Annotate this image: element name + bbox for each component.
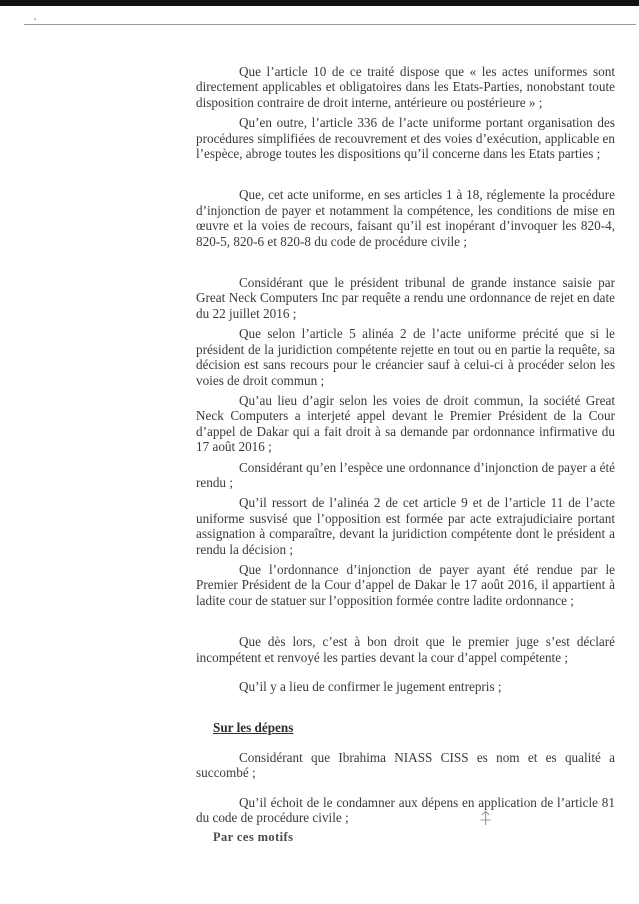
handwritten-mark: ~	[218, 815, 222, 824]
paragraph-opposition: Qu’il ressort de l’alinéa 2 de cet artic…	[196, 495, 615, 557]
section-heading-depens: Sur les dépens	[196, 720, 615, 735]
paragraph-succombe: Considérant que Ibrahima NIASS CISS es n…	[196, 750, 615, 781]
scan-speck: ▪	[34, 17, 36, 23]
paragraph-appel: Qu’au lieu d’agir selon les voies de dro…	[196, 393, 615, 455]
paragraph-article-336: Qu’en outre, l’article 336 de l’acte uni…	[196, 115, 615, 161]
header-rule	[24, 24, 636, 25]
paragraph-article-5: Que selon l’article 5 alinéa 2 de l’acte…	[196, 326, 615, 388]
paragraph-injonction-rendu: Considérant qu’en l’espèce une ordonnanc…	[196, 460, 615, 491]
paragraph-incompetent: Que dès lors, c’est à bon droit que le p…	[196, 634, 615, 665]
closing-par-ces-motifs: Par ces motifs	[196, 830, 615, 845]
paragraph-article-10: Que l’article 10 de ce traité dispose qu…	[196, 64, 615, 110]
handwritten-initials: ⍏	[480, 806, 492, 830]
paragraph-condamner: Qu’il échoit de le condamner aux dépens …	[196, 795, 615, 826]
document-page: Que l’article 10 de ce traité dispose qu…	[196, 64, 615, 846]
paragraph-confirmer: Qu’il y a lieu de confirmer le jugement …	[196, 679, 615, 694]
paragraph-cour-statuer: Que l’ordonnance d’injonction de payer a…	[196, 562, 615, 608]
scan-top-edge	[0, 0, 639, 6]
paragraph-articles-1-18: Que, cet acte uniforme, en ses articles …	[196, 187, 615, 249]
paragraph-ordonnance-rejet: Considérant que le président tribunal de…	[196, 275, 615, 321]
